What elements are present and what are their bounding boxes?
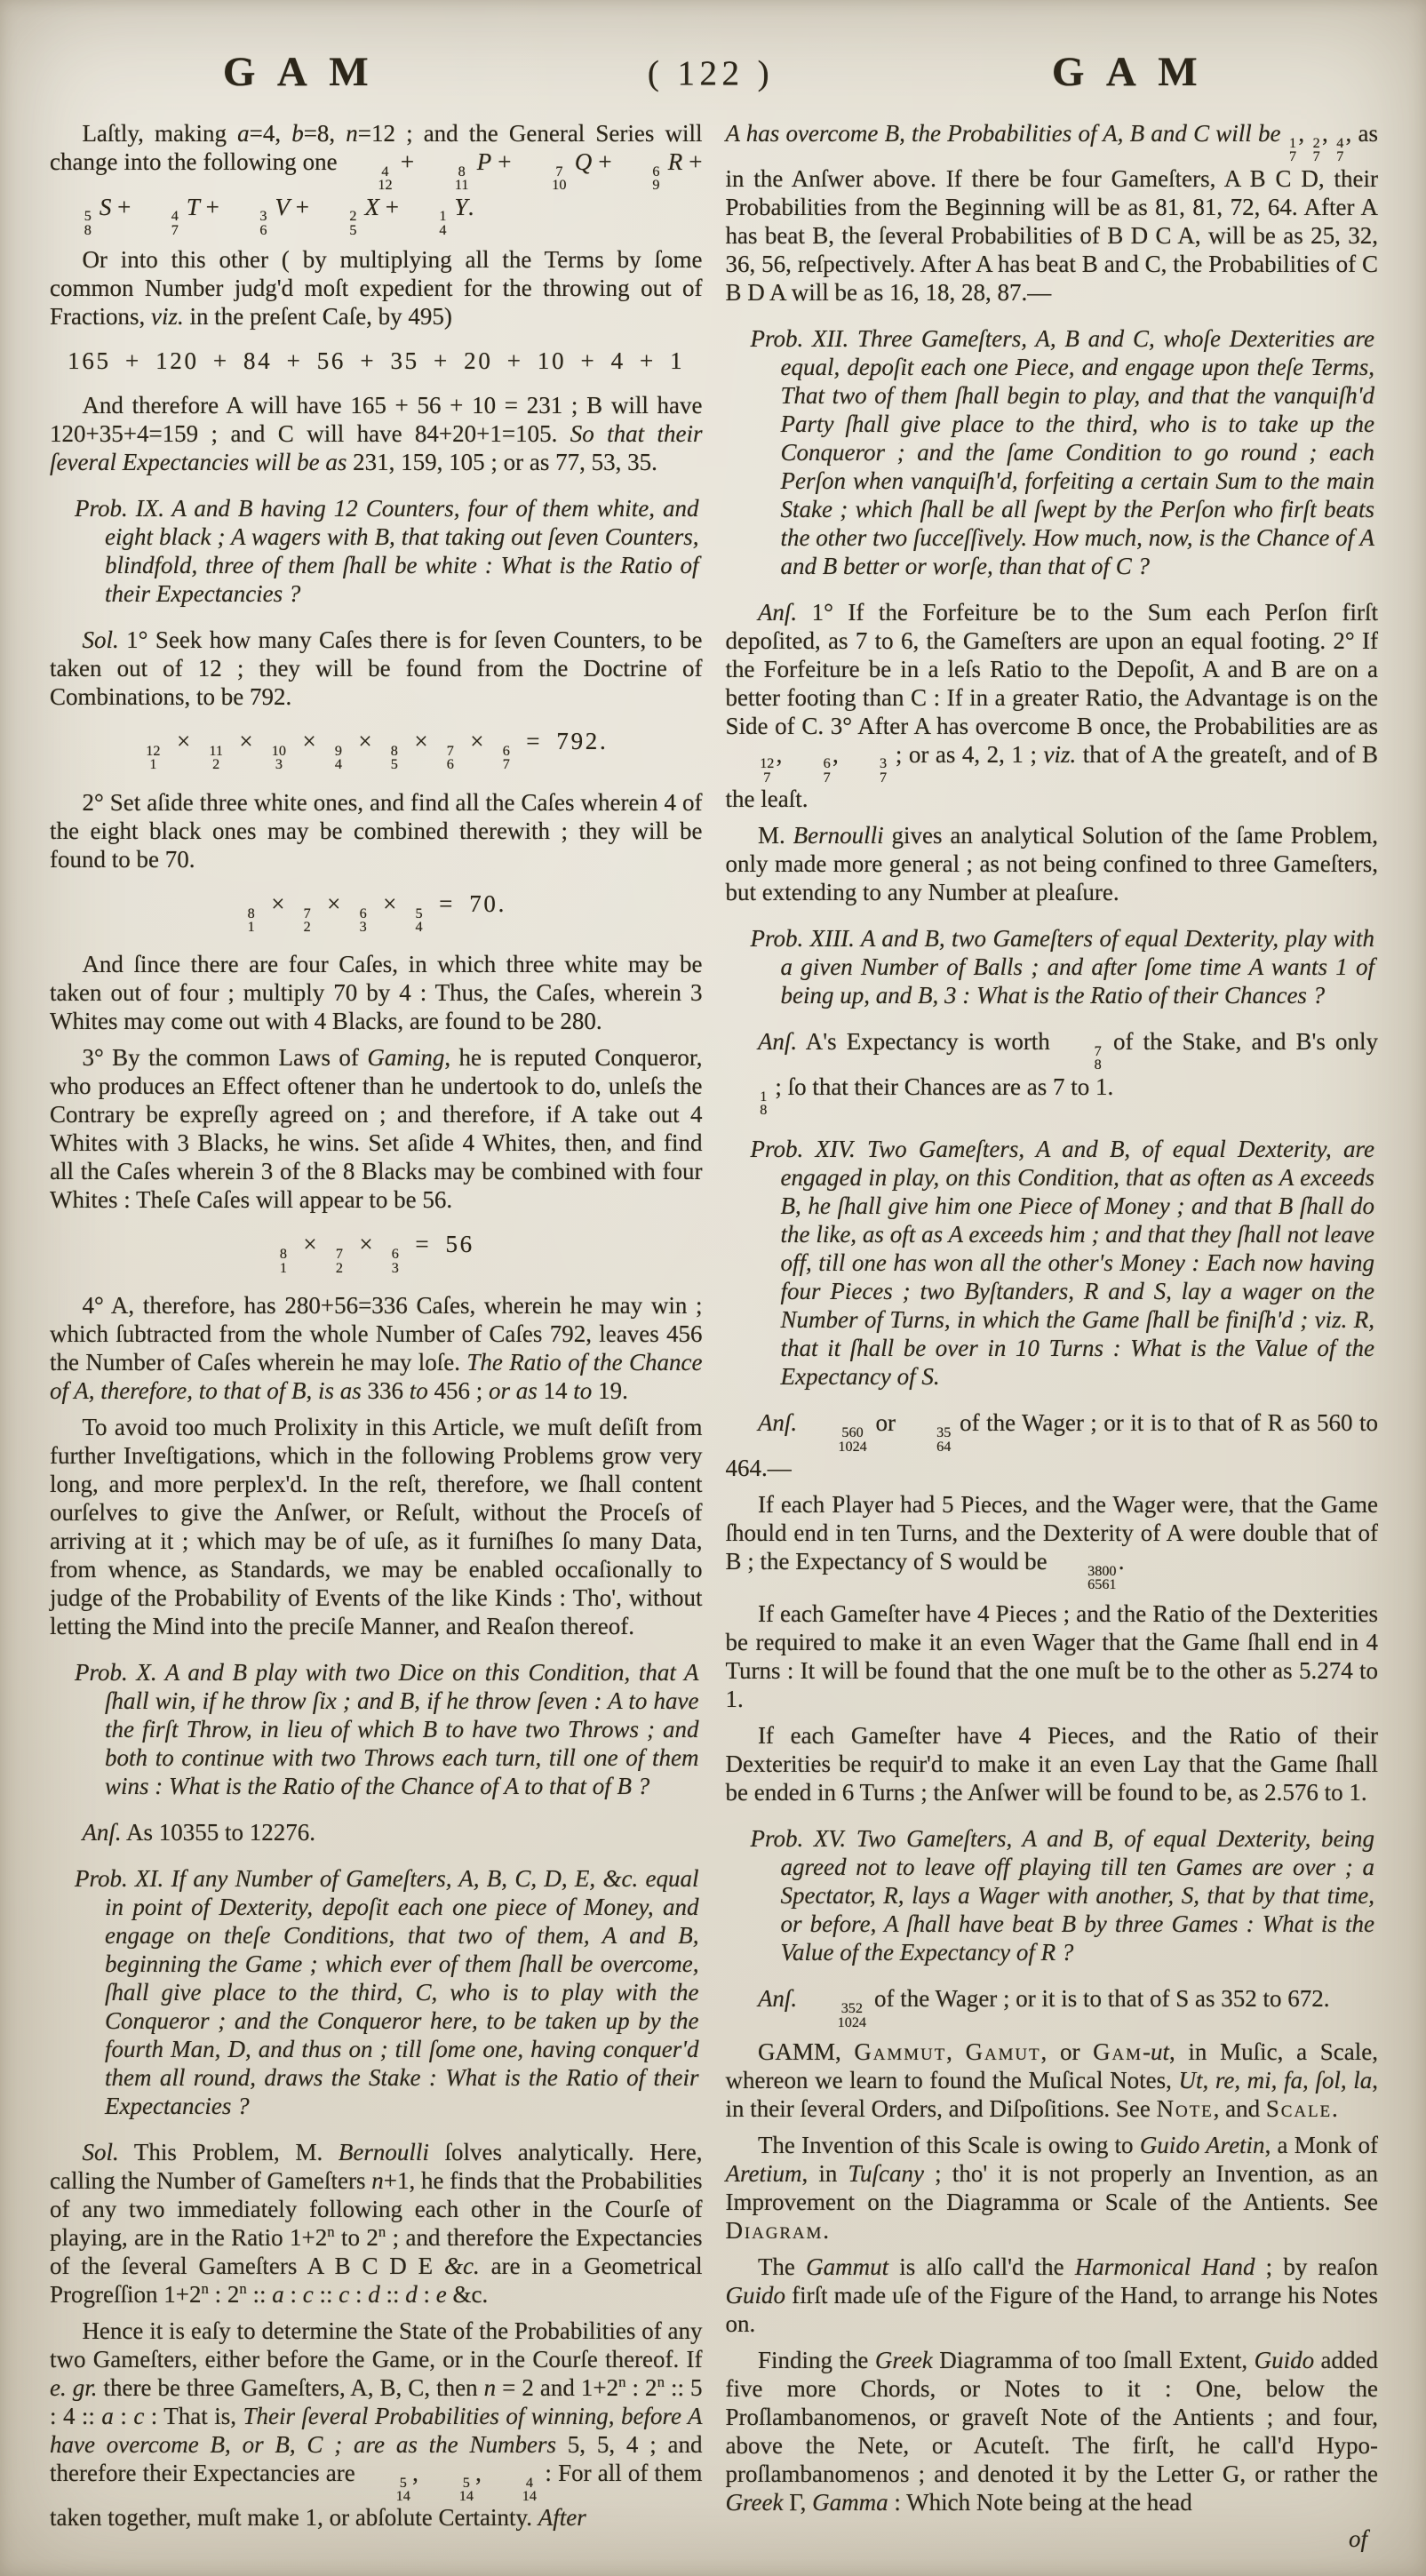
column-right: A has overcome B, the Probabilities of A… bbox=[726, 119, 1379, 2561]
fraction: 47 bbox=[1336, 137, 1343, 164]
paragraph: M. Bernoulli gives an analytical Solutio… bbox=[726, 821, 1379, 906]
catchword: of bbox=[726, 2524, 1379, 2553]
fraction: 94 bbox=[335, 745, 342, 772]
paragraph: Finding the Greek Diagramma of too ſmall… bbox=[726, 2346, 1379, 2516]
page-header: GAM ( 122 ) GAM bbox=[0, 0, 1426, 114]
problem-statement: Prob. IX. A and B having 12 Counters, fo… bbox=[50, 494, 703, 608]
fraction: 72 bbox=[336, 1248, 343, 1275]
paragraph: The Gammut is alſo call'd the Harmonical… bbox=[726, 2253, 1379, 2338]
fraction: 81 bbox=[248, 907, 255, 935]
paragraph: If each Gameſter have 4 Pieces, and the … bbox=[726, 1721, 1379, 1806]
fraction: 121 bbox=[146, 745, 160, 772]
scanned-book-page: GAM ( 122 ) GAM Laſtly, making a=4, b=8,… bbox=[0, 0, 1426, 2576]
formula-line: 121 × 112 × 103 × 94 × 85 × 76 × 67 = 79… bbox=[50, 727, 703, 772]
fraction: 127 bbox=[728, 757, 775, 785]
paragraph: If each Player had 5 Pieces, and the Wag… bbox=[726, 1490, 1379, 1592]
paragraph: Anſ. 5601024 or 3564 of the Wager ; or i… bbox=[726, 1408, 1379, 1482]
formula-line: 81 × 72 × 63 × 54 = 70. bbox=[50, 889, 703, 935]
fraction: 5601024 bbox=[806, 1426, 867, 1454]
fraction: 78 bbox=[1062, 1045, 1102, 1073]
fraction: 25 bbox=[317, 210, 357, 237]
paragraph: Laſtly, making a=4, b=8, n=12 ; and the … bbox=[50, 119, 703, 237]
paragraph: Sol. This Problem, M. Bernoulli ſolves a… bbox=[50, 2138, 703, 2309]
problem-statement: Prob. XIII. A and B, two Gameſters of eq… bbox=[726, 924, 1379, 1009]
problem-statement: Prob. XV. Two Gameſters, A and B, of equ… bbox=[726, 1824, 1379, 1966]
fraction: 72 bbox=[304, 907, 311, 935]
fraction: 27 bbox=[1313, 137, 1320, 164]
fraction: 63 bbox=[392, 1248, 399, 1275]
running-title-right: GAM bbox=[1052, 48, 1219, 96]
fraction: 412 bbox=[346, 165, 393, 193]
fraction: 414 bbox=[490, 2476, 537, 2504]
fraction: 17 bbox=[1289, 137, 1296, 164]
fraction: 514 bbox=[363, 2476, 410, 2504]
paragraph: Anſ. 1° If the Forfeiture be to the Sum … bbox=[726, 598, 1379, 814]
paragraph: The Invention of this Scale is owing to … bbox=[726, 2131, 1379, 2245]
fraction: 103 bbox=[272, 745, 286, 772]
paragraph: 2° Set aſide three white ones, and find … bbox=[50, 788, 703, 873]
fraction: 47 bbox=[139, 210, 179, 237]
paragraph: Anſ. 3521024 of the Wager ; or it is to … bbox=[726, 1984, 1379, 2030]
fraction: 811 bbox=[422, 165, 468, 193]
formula-line: 165 + 120 + 84 + 56 + 35 + 20 + 10 + 4 +… bbox=[50, 347, 703, 375]
fraction: 14 bbox=[407, 210, 447, 237]
paragraph: And therefore A will have 165 + 56 + 10 … bbox=[50, 391, 703, 476]
paragraph: Sol. 1° Seek how many Caſes there is for… bbox=[50, 626, 703, 711]
fraction: 38006561 bbox=[1056, 1565, 1117, 1592]
problem-statement: Prob. XII. Three Gameſters, A, B and C, … bbox=[726, 324, 1379, 580]
paragraph: Hence it is eaſy to determine the State … bbox=[50, 2317, 703, 2532]
paragraph: 3° By the common Laws of Gaming, he is r… bbox=[50, 1043, 703, 1214]
formula-line: 81 × 72 × 63 = 56 bbox=[50, 1230, 703, 1275]
page-number: ( 122 ) bbox=[648, 53, 774, 93]
fraction: 37 bbox=[848, 757, 888, 785]
fraction: 710 bbox=[520, 165, 567, 193]
fraction: 112 bbox=[209, 745, 223, 772]
fraction: 81 bbox=[280, 1248, 287, 1275]
fraction: 54 bbox=[416, 907, 423, 935]
paragraph: And ſince there are four Caſes, in which… bbox=[50, 950, 703, 1035]
paragraph: If each Gameſter have 4 Pieces ; and the… bbox=[726, 1599, 1379, 1713]
column-left: Laſtly, making a=4, b=8, n=12 ; and the … bbox=[50, 119, 703, 2561]
fraction: 85 bbox=[391, 745, 398, 772]
problem-statement: Prob. XI. If any Number of Gameſters, A,… bbox=[50, 1864, 703, 2120]
fraction: 514 bbox=[426, 2476, 474, 2504]
fraction: 3564 bbox=[904, 1426, 952, 1454]
problem-statement: Prob. XIV. Two Gameſters, A and B, of eq… bbox=[726, 1135, 1379, 1391]
paragraph: To avoid too much Prolixity in this Arti… bbox=[50, 1413, 703, 1640]
fraction: 67 bbox=[791, 757, 831, 785]
paragraph: A has overcome B, the Probabilities of A… bbox=[726, 119, 1379, 307]
running-title-left: GAM bbox=[223, 48, 390, 96]
fraction: 3521024 bbox=[805, 2002, 866, 2030]
paragraph: Or into this other ( by multiplying all … bbox=[50, 245, 703, 331]
fraction: 36 bbox=[227, 210, 267, 237]
fraction: 69 bbox=[620, 165, 660, 193]
fraction: 76 bbox=[447, 745, 454, 772]
fraction: 63 bbox=[360, 907, 367, 935]
fraction: 67 bbox=[503, 745, 510, 772]
text-columns: Laſtly, making a=4, b=8, n=12 ; and the … bbox=[0, 114, 1426, 2561]
paragraph: Anſ. A's Expectancy is worth 78 of the S… bbox=[726, 1027, 1379, 1117]
fraction: 18 bbox=[728, 1090, 768, 1118]
paragraph: GAMM, Gammut, Gamut, or Gam-ut, in Muſic… bbox=[726, 2038, 1379, 2123]
problem-statement: Prob. X. A and B play with two Dice on t… bbox=[50, 1658, 703, 1800]
paragraph: Anſ. As 10355 to 12276. bbox=[50, 1818, 703, 1846]
fraction: 58 bbox=[52, 210, 92, 237]
paragraph: 4° A, therefore, has 280+56=336 Caſes, w… bbox=[50, 1291, 703, 1405]
